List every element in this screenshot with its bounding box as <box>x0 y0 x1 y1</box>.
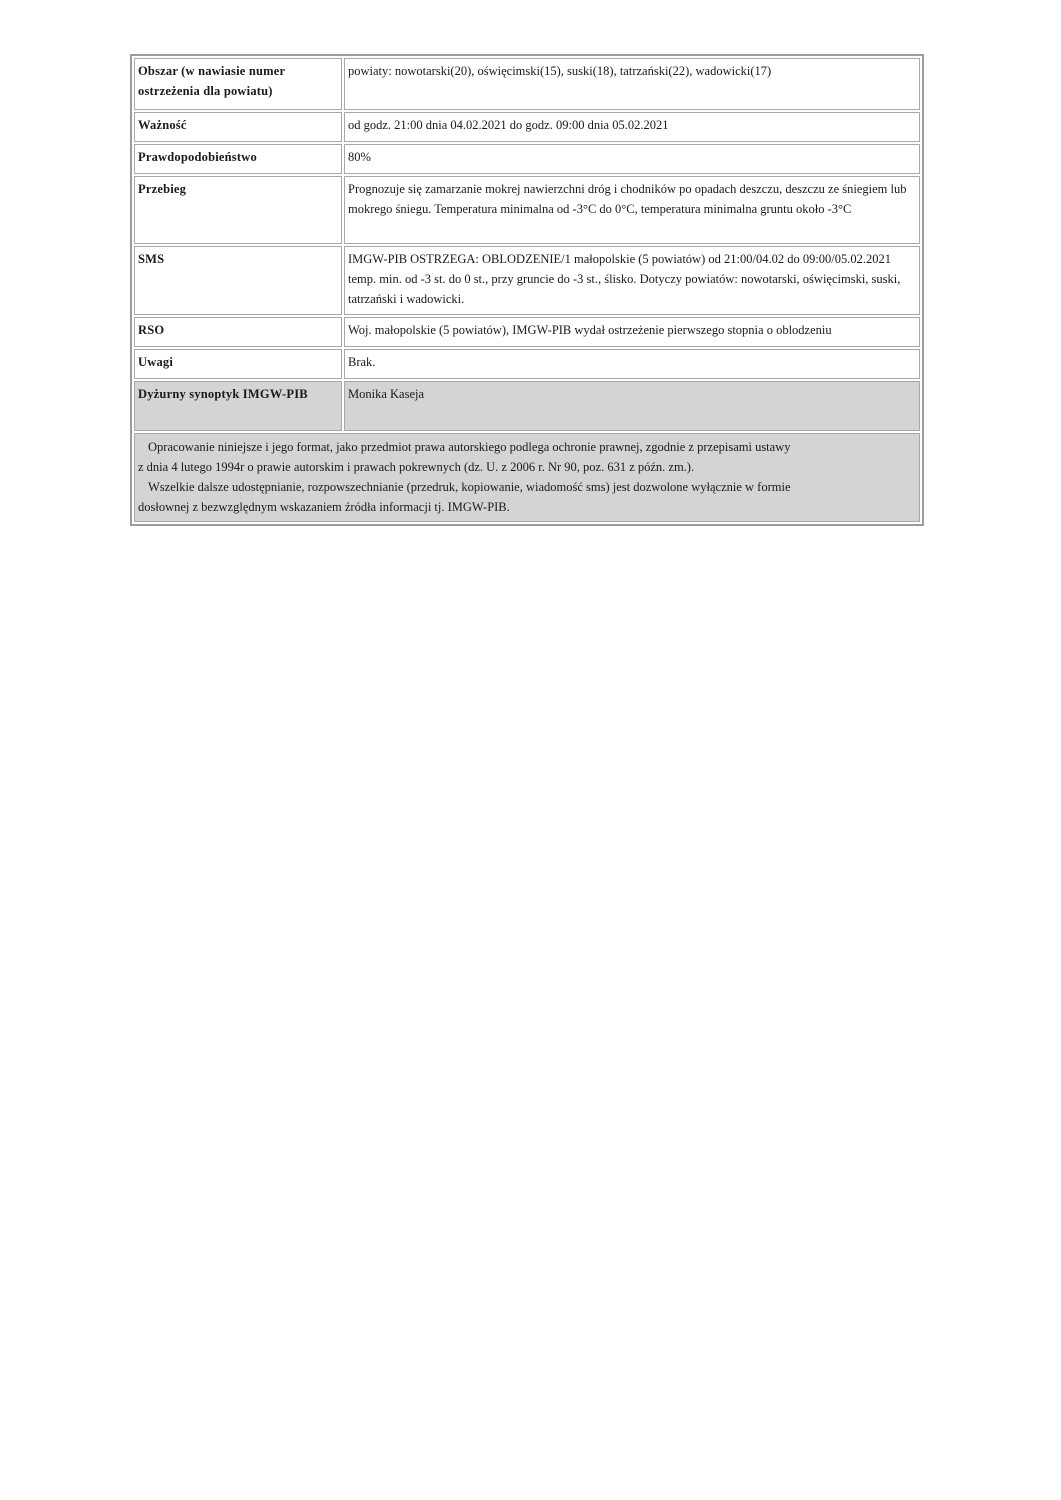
value-probability: 80% <box>344 144 920 174</box>
row-rso: RSO Woj. małopolskie (5 powiatów), IMGW-… <box>134 317 920 347</box>
label-probability: Prawdopodobieństwo <box>134 144 342 174</box>
value-area: powiaty: nowotarski(20), oświęcimski(15)… <box>344 58 920 110</box>
row-duty-forecaster: Dyżurny synoptyk IMGW-PIB Monika Kaseja <box>134 381 920 431</box>
value-duty-forecaster: Monika Kaseja <box>344 381 920 431</box>
row-validity: Ważność od godz. 21:00 dnia 04.02.2021 d… <box>134 112 920 142</box>
label-rso: RSO <box>134 317 342 347</box>
copyright-line-4: dosłownej z bezwzględnym wskazaniem źród… <box>138 497 916 517</box>
label-duty-forecaster: Dyżurny synoptyk IMGW-PIB <box>134 381 342 431</box>
row-probability: Prawdopodobieństwo 80% <box>134 144 920 174</box>
row-course: Przebieg Prognozuje się zamarzanie mokre… <box>134 176 920 244</box>
label-area: Obszar (w nawiasie numer ostrzeżenia dla… <box>134 58 342 110</box>
value-course: Prognozuje się zamarzanie mokrej nawierz… <box>344 176 920 244</box>
copyright-line-1: Opracowanie niniejsze i jego format, jak… <box>138 437 916 457</box>
label-validity: Ważność <box>134 112 342 142</box>
label-notes: Uwagi <box>134 349 342 379</box>
warning-table: Obszar (w nawiasie numer ostrzeżenia dla… <box>130 54 924 526</box>
copyright-line-2: z dnia 4 lutego 1994r o prawie autorskim… <box>138 457 916 477</box>
value-rso: Woj. małopolskie (5 powiatów), IMGW-PIB … <box>344 317 920 347</box>
copyright-notice: Opracowanie niniejsze i jego format, jak… <box>134 433 920 522</box>
value-sms: IMGW-PIB OSTRZEGA: OBLODZENIE/1 małopols… <box>344 246 920 315</box>
row-sms: SMS IMGW-PIB OSTRZEGA: OBLODZENIE/1 mało… <box>134 246 920 315</box>
label-course: Przebieg <box>134 176 342 244</box>
row-notes: Uwagi Brak. <box>134 349 920 379</box>
copyright-line-3: Wszelkie dalsze udostępnianie, rozpowsze… <box>138 477 916 497</box>
value-notes: Brak. <box>344 349 920 379</box>
row-copyright: Opracowanie niniejsze i jego format, jak… <box>134 433 920 522</box>
label-sms: SMS <box>134 246 342 315</box>
value-validity: od godz. 21:00 dnia 04.02.2021 do godz. … <box>344 112 920 142</box>
row-area: Obszar (w nawiasie numer ostrzeżenia dla… <box>134 58 920 110</box>
